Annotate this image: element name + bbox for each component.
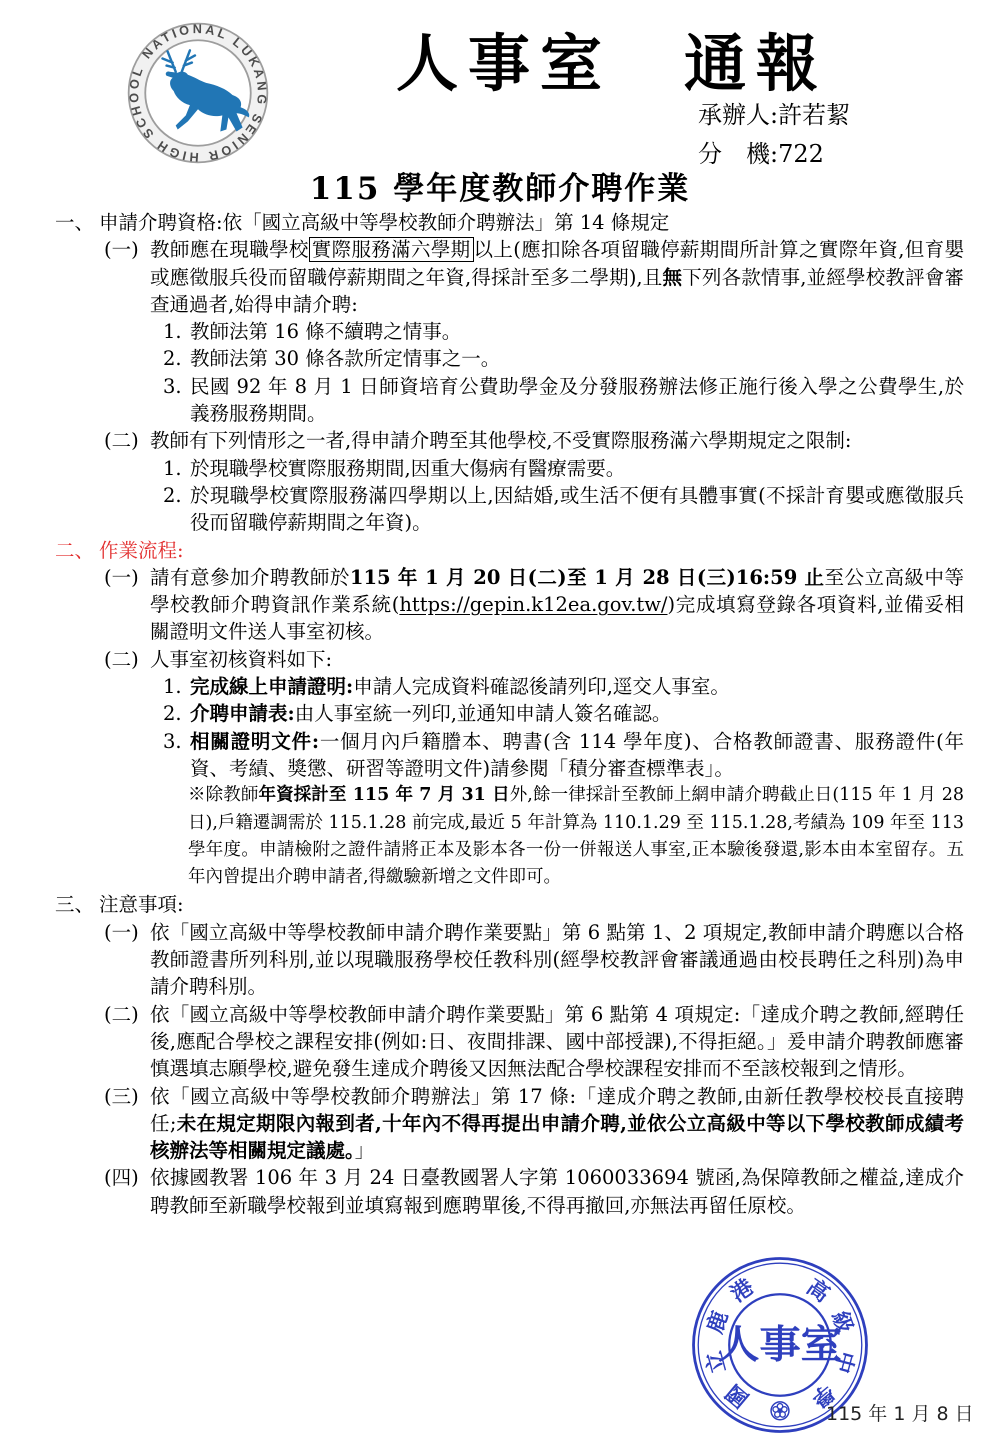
block-label: 2.	[163, 482, 182, 509]
school-logo: NATIONAL LUKANG SENIOR HIGH SCHOOL	[127, 22, 269, 164]
doc-block: 3.相關證明文件:一個月內戶籍謄本、聘書(含 114 學年度)、合格教師證書、服…	[0, 728, 1000, 783]
block-label: (一)	[104, 236, 139, 263]
doc-block: 2.介聘申請表:由人事室統一列印,並通知申請人簽名確認。	[0, 700, 1000, 727]
doc-block: 3.民國 92 年 8 月 1 日師資培育公費助學金及分發服務辦法修正施行後入學…	[0, 373, 1000, 428]
gepin-system-link[interactable]: https://gepin.k12ea.gov.tw/	[399, 593, 667, 616]
block-label: 二、	[55, 537, 94, 564]
text-run: 申請介聘資格:依「國立高級中等學校教師介聘辦法」第 14 條規定	[99, 211, 669, 234]
doc-block: (二)依「國立高級中等學校教師申請介聘作業要點」第 6 點第 4 項規定:「達成…	[0, 1001, 1000, 1083]
block-label: 一、	[55, 209, 94, 236]
doc-block: (三)依「國立高級中等學校教師介聘辦法」第 17 條:「達成介聘之教師,由新任教…	[0, 1083, 1000, 1165]
text-run: 完成線上申請證明:	[190, 675, 353, 698]
block-label: 1.	[163, 455, 182, 482]
text-run: 依「國立高級中等學校教師申請介聘作業要點」第 6 點第 1、2 項規定,教師申請…	[150, 921, 964, 999]
doc-block: (一)教師應在現職學校實際服務滿六學期以上(應扣除各項留職停薪期間所計算之實際年…	[0, 236, 1000, 318]
text-run: 無	[663, 266, 683, 289]
doc-block: 2.教師法第 30 條各款所定情事之一。	[0, 345, 1000, 372]
notice-page: NATIONAL LUKANG SENIOR HIGH SCHOOL 人事室 通…	[0, 0, 1000, 1452]
text-run: ※除教師	[188, 785, 258, 805]
plum-blossom-icon	[771, 1402, 789, 1420]
doc-block: (二)人事室初核資料如下:	[0, 646, 1000, 673]
issue-date: 115 年 1 月 8 日	[826, 1399, 974, 1426]
text-run: 民國 92 年 8 月 1 日師資培育公費助學金及分發服務辦法修正施行後入學之公…	[190, 375, 964, 425]
block-label: 3.	[163, 728, 182, 755]
text-run: 申請人完成資料確認後請列印,逕交人事室。	[353, 675, 730, 698]
block-label: (二)	[104, 427, 139, 454]
block-label: (一)	[104, 919, 139, 946]
doc-block: 二、作業流程:	[0, 537, 1000, 564]
block-label: (一)	[104, 564, 139, 591]
stamp-center-text: 人事室	[718, 1322, 842, 1368]
doc-block: (二)教師有下列情形之一者,得申請介聘至其他學校,不受實際服務滿六學期規定之限制…	[0, 427, 1000, 454]
doc-block: (一)請有意參加介聘教師於115 年 1 月 20 日(二)至 1 月 28 日…	[0, 564, 1000, 646]
block-label: (二)	[104, 646, 139, 673]
block-label: (三)	[104, 1083, 139, 1110]
handler-line: 承辦人:許若絜	[698, 96, 850, 135]
text-run: 」	[355, 1139, 375, 1162]
text-run: 年資採計至 115 年 7 月 31 日	[258, 785, 509, 805]
text-run: 人事室初核資料如下:	[150, 648, 332, 671]
text-run: 由人事室統一列印,並通知申請人簽名確認。	[295, 702, 672, 725]
text-run: 115 年 1 月 20 日(二)至 1 月 28 日(三)16:59 止	[350, 566, 825, 589]
text-run: 教師應在現職學校	[150, 238, 309, 261]
doc-block: 1.於現職學校實際服務期間,因重大傷病有醫療需要。	[0, 455, 1000, 482]
block-label: 1.	[163, 318, 182, 345]
text-run: 相關證明文件:	[190, 730, 319, 753]
block-label: 3.	[163, 373, 182, 400]
block-label: 1.	[163, 673, 182, 700]
text-run: 教師法第 30 條各款所定情事之一。	[190, 347, 500, 370]
text-run: 依據國教署 106 年 3 月 24 日臺教國署人字第 1060033694 號…	[150, 1166, 964, 1216]
doc-block: 1.完成線上申請證明:申請人完成資料確認後請列印,逕交人事室。	[0, 673, 1000, 700]
text-run: 未在規定期限內報到者,十年內不得再提出申請介聘,並依公立高級中等以下學校教師成績…	[150, 1112, 964, 1162]
text-run: 作業流程:	[99, 539, 184, 562]
doc-block: (四)依據國教署 106 年 3 月 24 日臺教國署人字第 106003369…	[0, 1164, 1000, 1219]
doc-block: 2.於現職學校實際服務滿四學期以上,因結婚,或生活不便有具體事實(不採計育嬰或應…	[0, 482, 1000, 537]
doc-block: (一)依「國立高級中等學校教師申請介聘作業要點」第 6 點第 1、2 項規定,教…	[0, 919, 1000, 1001]
boxed-text: 實際服務滿六學期	[309, 237, 474, 262]
doc-block: 三、注意事項:	[0, 891, 1000, 918]
school-logo-svg: NATIONAL LUKANG SENIOR HIGH SCHOOL	[127, 22, 269, 164]
text-run: 於現職學校實際服務滿四學期以上,因結婚,或生活不便有具體事實(不採計育嬰或應徵服…	[190, 484, 964, 534]
text-run: 請有意參加介聘教師於	[150, 566, 350, 589]
doc-block: ※除教師年資採計至 115 年 7 月 31 日外,餘一律採計至教師上網申請介聘…	[0, 782, 1000, 891]
text-run: 於現職學校實際服務期間,因重大傷病有醫療需要。	[190, 457, 625, 480]
block-label: 三、	[55, 891, 94, 918]
doc-title: 115 學年度教師介聘作業	[0, 163, 1000, 208]
block-label: (四)	[104, 1164, 139, 1191]
block-label: 2.	[163, 700, 182, 727]
text-run: 教師法第 16 條不續聘之情事。	[190, 320, 461, 343]
text-run: 教師有下列情形之一者,得申請介聘至其他學校,不受實際服務滿六學期規定之限制:	[150, 429, 851, 452]
document-body: 一、申請介聘資格:依「國立高級中等學校教師介聘辦法」第 14 條規定(一)教師應…	[0, 209, 1000, 1219]
text-run: 依「國立高級中等學校教師申請介聘作業要點」第 6 點第 4 項規定:「達成介聘之…	[150, 1003, 964, 1081]
block-label: (二)	[104, 1001, 139, 1028]
block-label: 2.	[163, 345, 182, 372]
text-run: 注意事項:	[99, 893, 184, 916]
doc-block: 1.教師法第 16 條不續聘之情事。	[0, 318, 1000, 345]
doc-block: 一、申請介聘資格:依「國立高級中等學校教師介聘辦法」第 14 條規定	[0, 209, 1000, 236]
page-title: 人事室 通報	[396, 14, 828, 103]
text-run: 介聘申請表:	[190, 702, 295, 725]
